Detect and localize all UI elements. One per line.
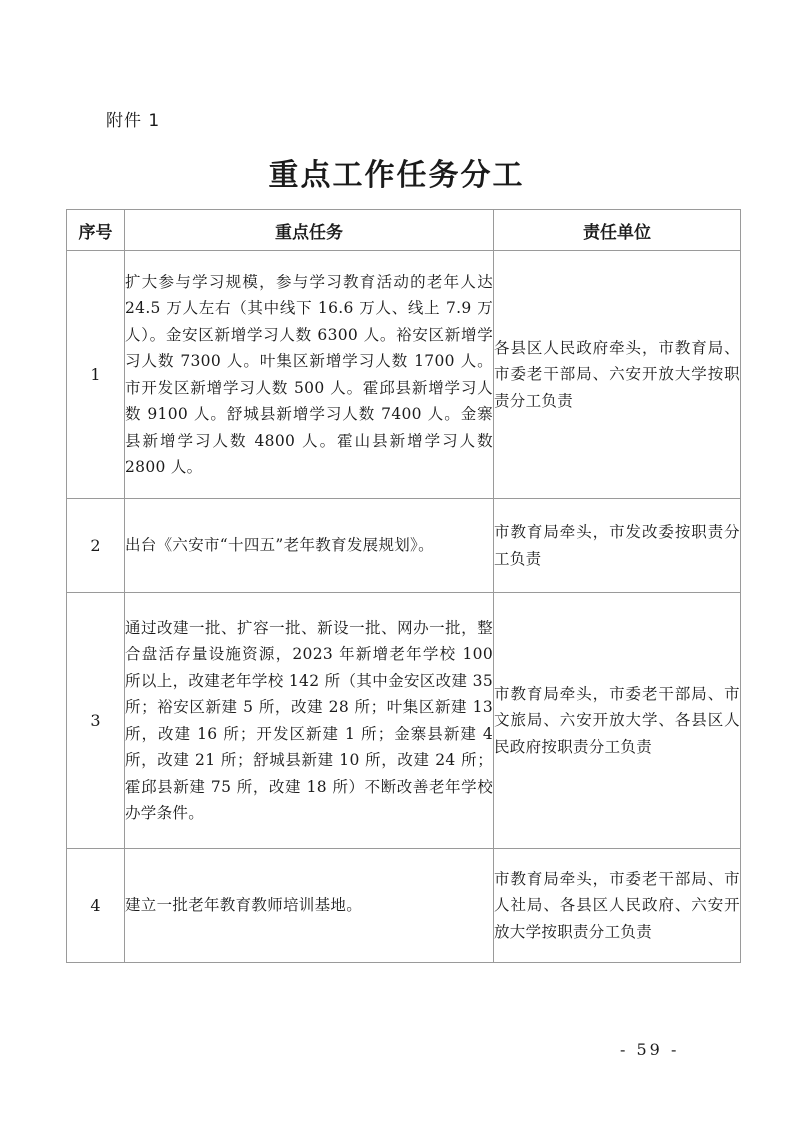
table-row: 4 建立一批老年教育教师培训基地。 市教育局牵头，市委老干部局、市人社局、各县区… bbox=[67, 849, 741, 963]
responsible-text: 市教育局牵头，市委老干部局、市文旅局、六安开放大学、各县区人民政府按职责分工负责 bbox=[494, 681, 740, 761]
row-responsible: 市教育局牵头，市委老干部局、市人社局、各县区人民政府、六安开放大学按职责分工负责 bbox=[494, 849, 741, 963]
task-text: 建立一批老年教育教师培训基地。 bbox=[125, 892, 493, 919]
task-text: 扩大参与学习规模，参与学习教育活动的老年人达 24.5 万人左右（其中线下 16… bbox=[125, 269, 493, 481]
row-responsible: 市教育局牵头，市委老干部局、市文旅局、六安开放大学、各县区人民政府按职责分工负责 bbox=[494, 593, 741, 849]
page-title: 重点工作任务分工 bbox=[0, 150, 793, 194]
table-header-row: 序号 重点任务 责任单位 bbox=[67, 210, 741, 251]
table-row: 2 出台《六安市“十四五”老年教育发展规划》。 市教育局牵头，市发改委按职责分工… bbox=[67, 499, 741, 593]
row-task: 出台《六安市“十四五”老年教育发展规划》。 bbox=[125, 499, 494, 593]
responsible-text: 市教育局牵头，市发改委按职责分工负责 bbox=[494, 519, 740, 572]
row-index: 2 bbox=[67, 499, 125, 593]
row-task: 建立一批老年教育教师培训基地。 bbox=[125, 849, 494, 963]
row-index: 1 bbox=[67, 251, 125, 499]
task-table: 序号 重点任务 责任单位 1 扩大参与学习规模，参与学习教育活动的老年人达 24… bbox=[66, 209, 741, 963]
task-text: 出台《六安市“十四五”老年教育发展规划》。 bbox=[125, 532, 493, 559]
attachment-label: 附件 1 bbox=[106, 106, 160, 131]
row-index: 4 bbox=[67, 849, 125, 963]
table-row: 1 扩大参与学习规模，参与学习教育活动的老年人达 24.5 万人左右（其中线下 … bbox=[67, 251, 741, 499]
header-task: 重点任务 bbox=[125, 210, 494, 251]
table-row: 3 通过改建一批、扩容一批、新设一批、网办一批，整合盘活存量设施资源，2023 … bbox=[67, 593, 741, 849]
responsible-text: 市教育局牵头，市委老干部局、市人社局、各县区人民政府、六安开放大学按职责分工负责 bbox=[494, 866, 740, 946]
row-task: 通过改建一批、扩容一批、新设一批、网办一批，整合盘活存量设施资源，2023 年新… bbox=[125, 593, 494, 849]
page-number: - 59 - bbox=[620, 1040, 679, 1059]
row-responsible: 各县区人民政府牵头，市教育局、市委老干部局、六安开放大学按职责分工负责 bbox=[494, 251, 741, 499]
row-responsible: 市教育局牵头，市发改委按职责分工负责 bbox=[494, 499, 741, 593]
row-index: 3 bbox=[67, 593, 125, 849]
task-text: 通过改建一批、扩容一批、新设一批、网办一批，整合盘活存量设施资源，2023 年新… bbox=[125, 615, 493, 827]
header-responsible: 责任单位 bbox=[494, 210, 741, 251]
responsible-text: 各县区人民政府牵头，市教育局、市委老干部局、六安开放大学按职责分工负责 bbox=[494, 335, 740, 415]
row-task: 扩大参与学习规模，参与学习教育活动的老年人达 24.5 万人左右（其中线下 16… bbox=[125, 251, 494, 499]
header-index: 序号 bbox=[67, 210, 125, 251]
